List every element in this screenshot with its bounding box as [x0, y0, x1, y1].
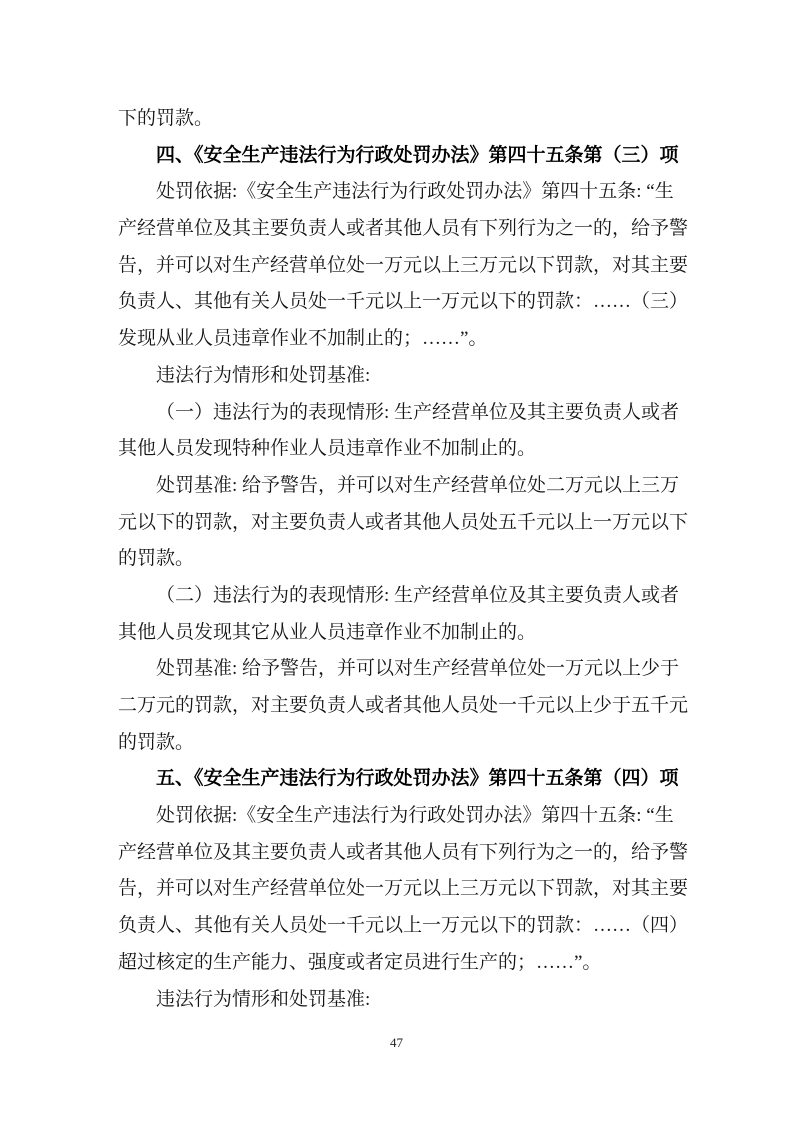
- text-line: 超过核定的生产能力、强度或者定员进行生产的；……”。: [118, 945, 696, 982]
- text-line: （二）违法行为的表现情形: 生产经营单位及其主要负责人或者: [118, 578, 696, 615]
- text-line: 下的罚款。: [118, 101, 696, 138]
- page-number: 47: [0, 1034, 793, 1052]
- text-line: 其他人员发现其它从业人员违章作业不加制止的。: [118, 615, 696, 652]
- text-line: 处罚基准: 给予警告，并可以对生产经营单位处一万元以上少于: [118, 651, 696, 688]
- document-page: 下的罚款。 四、《安全生产违法行为行政处罚办法》第四十五条第（三）项 处罚依据:…: [0, 0, 793, 1122]
- text-line: 产经营单位及其主要负责人或者其他人员有下列行为之一的，给予警: [118, 835, 696, 872]
- text-line: 的罚款。: [118, 541, 696, 578]
- text-line: 告，并可以对生产经营单位处一万元以上三万元以下罚款，对其主要: [118, 871, 696, 908]
- text-line: 处罚依据:《安全生产违法行为行政处罚办法》第四十五条: “生: [118, 174, 696, 211]
- text-line: 其他人员发现特种作业人员违章作业不加制止的。: [118, 431, 696, 468]
- text-line: 违法行为情形和处罚基准:: [118, 358, 696, 395]
- text-line: 发现从业人员违章作业不加制止的；……”。: [118, 321, 696, 358]
- section-heading: 五、《安全生产违法行为行政处罚办法》第四十五条第（四）项: [118, 761, 696, 798]
- document-body: 下的罚款。 四、《安全生产违法行为行政处罚办法》第四十五条第（三）项 处罚依据:…: [118, 101, 696, 1018]
- text-line: （一）违法行为的表现情形: 生产经营单位及其主要负责人或者: [118, 395, 696, 432]
- text-line: 产经营单位及其主要负责人或者其他人员有下列行为之一的，给予警: [118, 211, 696, 248]
- text-line: 违法行为情形和处罚基准:: [118, 982, 696, 1019]
- section-heading: 四、《安全生产违法行为行政处罚办法》第四十五条第（三）项: [118, 138, 696, 175]
- text-line: 二万元的罚款，对主要负责人或者其他人员处一千元以上少于五千元: [118, 688, 696, 725]
- text-line: 告，并可以对生产经营单位处一万元以上三万元以下罚款，对其主要: [118, 248, 696, 285]
- text-line: 的罚款。: [118, 725, 696, 762]
- text-line: 处罚依据:《安全生产违法行为行政处罚办法》第四十五条: “生: [118, 798, 696, 835]
- text-line: 负责人、其他有关人员处一千元以上一万元以下的罚款：……（三）: [118, 284, 696, 321]
- text-line: 元以下的罚款，对主要负责人或者其他人员处五千元以上一万元以下: [118, 505, 696, 542]
- text-line: 负责人、其他有关人员处一千元以上一万元以下的罚款：……（四）: [118, 908, 696, 945]
- text-line: 处罚基准: 给予警告，并可以对生产经营单位处二万元以上三万: [118, 468, 696, 505]
